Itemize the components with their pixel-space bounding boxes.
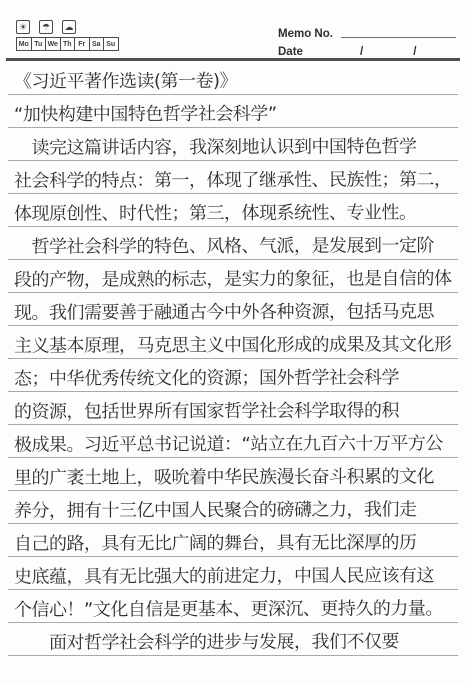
weekday-cell-mo: Mo	[16, 37, 32, 51]
note-line: 的资源，包括世界所有国家哲学社会科学取得的积	[8, 392, 458, 425]
note-line: 态；中华优秀传统文化的资源；国外哲学社会科学	[8, 359, 458, 392]
date-separator-2: /	[413, 46, 416, 58]
handwritten-text: 主义基本原理，马克思主义中国化形成的成果及其文化形	[8, 335, 454, 359]
date-row: Date / /	[278, 40, 456, 58]
weekday-row: Mo Tu We Th Fr Sa Su	[16, 37, 119, 51]
weekday-cell-we: We	[45, 37, 61, 51]
handwritten-text: 哲学社会科学的特色、风格、气派，是发展到一定阶	[8, 236, 436, 260]
note-line: 《习近平著作选读(第一卷)》	[8, 62, 458, 95]
handwritten-text: 养分，拥有十三亿中国人民聚合的磅礴之力，我们走	[8, 500, 419, 524]
rainy-icon: ☂	[39, 20, 53, 34]
handwritten-text: 段的产物，是成熟的标志，是实力的象征，也是自信的体	[8, 269, 454, 293]
memo-no-row: Memo No.	[278, 24, 456, 40]
handwritten-text: 社会科学的特点：第一，体现了继承性、民族性；第二，	[8, 170, 454, 194]
note-line: 史底蕴，具有无比强大的前进定力，中国人民应该有这	[8, 557, 458, 590]
handwritten-text: 《习近平著作选读(第一卷)》	[8, 71, 239, 94]
handwritten-text: 读完这篇讲话内容，我深刻地认识到中国特色哲学	[8, 137, 419, 161]
note-line: 哲学社会科学的特色、风格、气派，是发展到一定阶	[8, 227, 458, 260]
handwritten-text: 个信心！”文化自信是更基本、更深沉、更持久的力量。	[8, 599, 445, 623]
note-line: 主义基本原理，马克思主义中国化形成的成果及其文化形	[8, 326, 458, 359]
date-separator-1: /	[360, 46, 363, 58]
note-line: “加快构建中国特色哲学社会科学”	[8, 95, 458, 128]
weekday-cell-fr: Fr	[74, 37, 90, 51]
note-line: 个信心！”文化自信是更基本、更深沉、更持久的力量。	[8, 590, 458, 623]
handwritten-note: 《习近平著作选读(第一卷)》 “加快构建中国特色哲学社会科学” 读完这篇讲话内容…	[8, 62, 458, 656]
cloudy-icon: ☁	[62, 20, 76, 34]
weekday-cell-th: Th	[60, 37, 76, 51]
note-line: 养分，拥有十三亿中国人民聚合的磅礴之力，我们走	[8, 491, 458, 524]
note-line: 自己的路，具有无比广阔的舞台，具有无比深厚的历	[8, 524, 458, 557]
note-line: 极成果。习近平总书记说道：“站立在九百六十万平方公	[8, 425, 458, 458]
handwritten-text: 史底蕴，具有无比强大的前进定力，中国人民应该有这	[8, 566, 436, 590]
header-divider	[6, 58, 460, 61]
weekday-cell-su: Su	[103, 37, 119, 51]
memo-page: ☀ ☂ ☁ Mo Tu We Th Fr Sa Su Memo No. Date…	[0, 0, 466, 684]
note-line: 读完这篇讲话内容，我深刻地认识到中国特色哲学	[8, 128, 458, 161]
handwritten-text: 面对哲学社会科学的进步与发展，我们不仅要	[8, 632, 401, 656]
date-label: Date	[278, 46, 330, 58]
handwritten-text: “加快构建中国特色哲学社会科学”	[8, 104, 279, 128]
weekday-cell-tu: Tu	[31, 37, 47, 51]
note-line: 面对哲学社会科学的进步与发展，我们不仅要	[8, 623, 458, 656]
handwritten-text: 极成果。习近平总书记说道：“站立在九百六十万平方公	[8, 434, 445, 458]
memo-header: ☀ ☂ ☁ Mo Tu We Th Fr Sa Su Memo No. Date…	[16, 20, 456, 58]
memo-no-blank-line	[341, 37, 456, 38]
handwritten-text: 态；中华优秀传统文化的资源；国外哲学社会科学	[8, 368, 401, 392]
weekday-cell-sa: Sa	[89, 37, 105, 51]
header-left: ☀ ☂ ☁ Mo Tu We Th Fr Sa Su	[16, 20, 119, 51]
note-line: 里的广袤土地上，吸吮着中华民族漫长奋斗积累的文化	[8, 458, 458, 491]
note-line: 体现原创性、时代性；第三，体现系统性、专业性。	[8, 194, 458, 227]
sunny-icon: ☀	[16, 20, 30, 34]
note-line: 社会科学的特点：第一，体现了继承性、民族性；第二，	[8, 161, 458, 194]
handwritten-text: 体现原创性、时代性；第三，体现系统性、专业性。	[8, 203, 419, 227]
note-line: 现。我们需要善于融通古今中外各种资源，包括马克思	[8, 293, 458, 326]
handwritten-text: 里的广袤土地上，吸吮着中华民族漫长奋斗积累的文化	[8, 467, 436, 491]
weather-icon-row: ☀ ☂ ☁	[16, 20, 119, 34]
handwritten-text: 现。我们需要善于融通古今中外各种资源，包括马克思	[8, 302, 436, 326]
note-line: 段的产物，是成熟的标志，是实力的象征，也是自信的体	[8, 260, 458, 293]
handwritten-text: 自己的路，具有无比广阔的舞台，具有无比深厚的历	[8, 533, 419, 557]
memo-no-label: Memo No.	[278, 28, 333, 40]
handwritten-text: 的资源，包括世界所有国家哲学社会科学取得的积	[8, 401, 401, 425]
memo-number-block: Memo No. Date / /	[278, 20, 456, 58]
